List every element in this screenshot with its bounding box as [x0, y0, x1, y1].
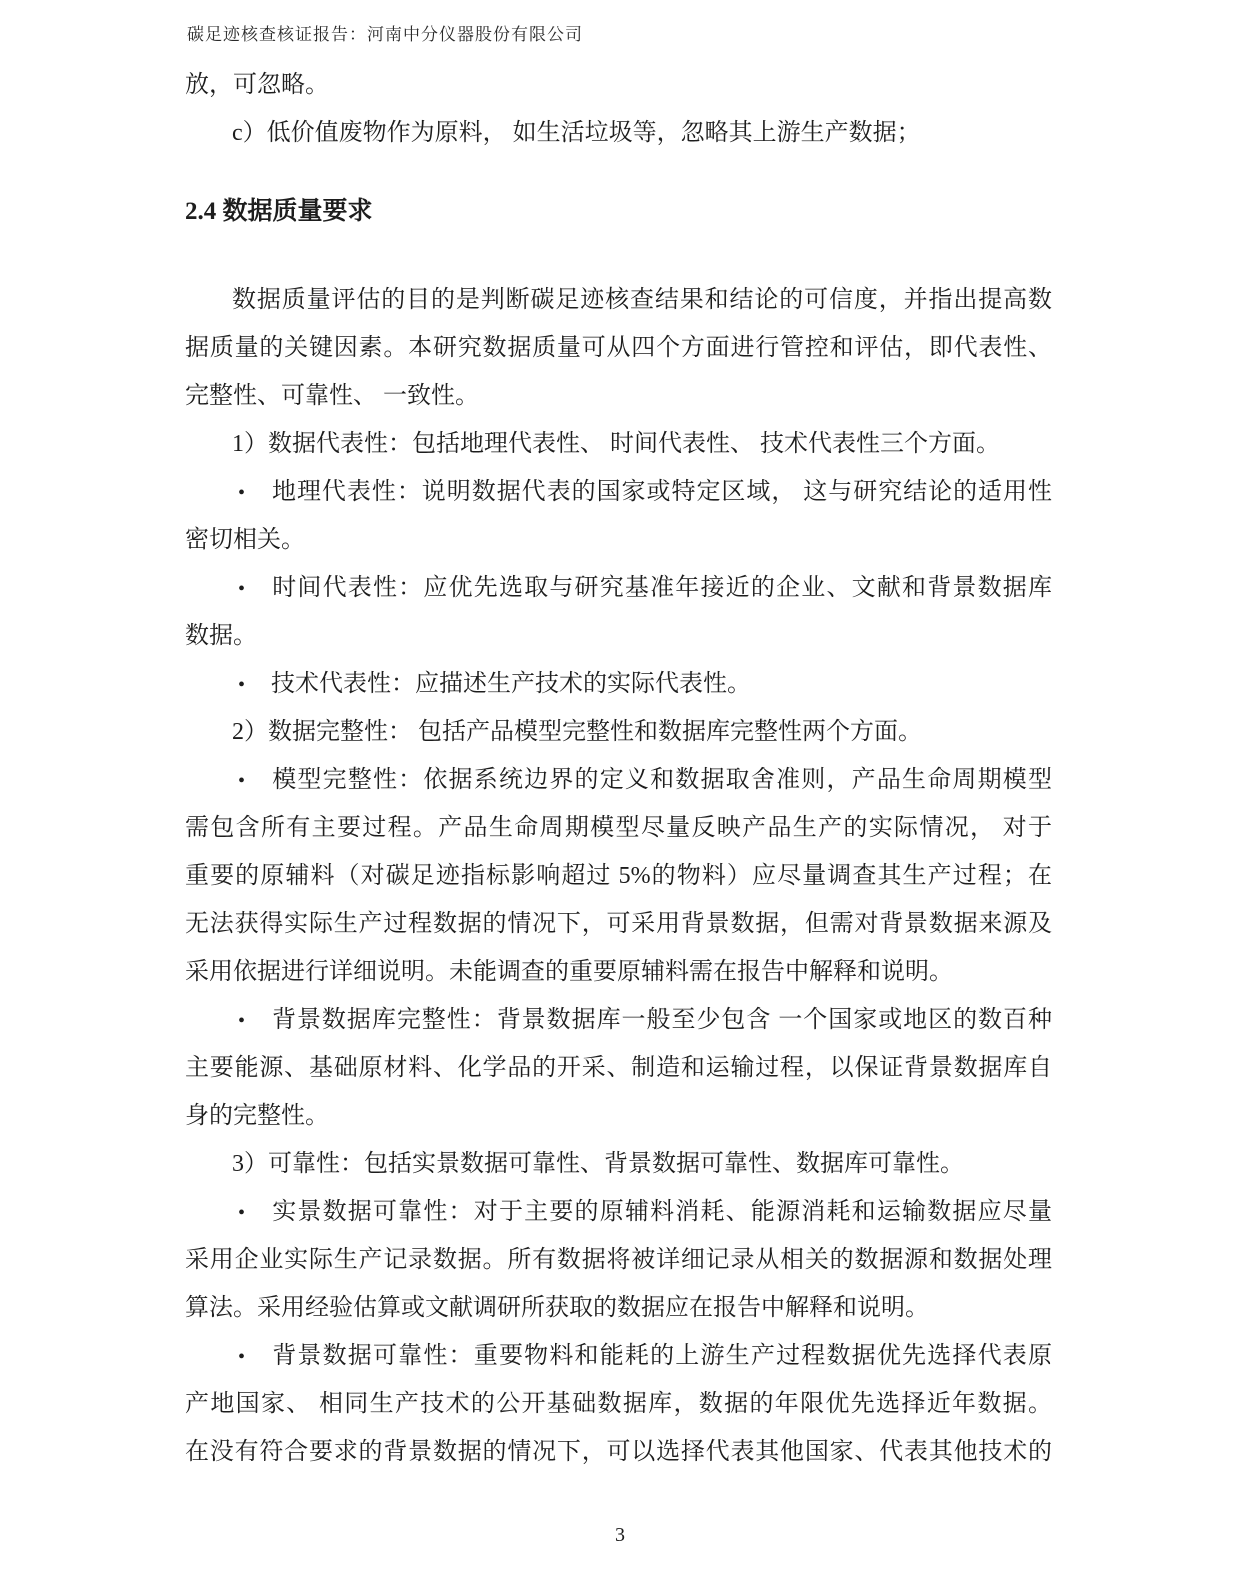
- text-line: 数据质量评估的目的是判断碳足迹核查结果和结论的可信度，并指出提高数: [185, 276, 1052, 324]
- bullet-icon: •: [238, 565, 245, 613]
- bullet-line: •地理代表性：说明数据代表的国家或特定区域， 这与研究结论的适用性: [185, 468, 1052, 516]
- bullet-line: •背景数据可靠性：重要物料和能耗的上游生产过程数据优先选择代表原: [185, 1332, 1052, 1380]
- bullet-text: 技术代表性：应描述生产技术的实际代表性。: [271, 671, 751, 697]
- text-line: 数据。: [185, 612, 1052, 660]
- text-line: c）低价值废物作为原料， 如生活垃圾等，忽略其上游生产数据；: [185, 109, 1052, 157]
- text-line: 2）数据完整性： 包括产品模型完整性和数据库完整性两个方面。: [185, 708, 1052, 756]
- text-line: 采用企业实际生产记录数据。所有数据将被详细记录从相关的数据源和数据处理: [185, 1236, 1052, 1284]
- text-line: 产地国家、 相同生产技术的公开基础数据库，数据的年限优先选择近年数据。: [185, 1380, 1052, 1428]
- bullet-icon: •: [238, 469, 245, 517]
- bullet-line: •实景数据可靠性：对于主要的原辅料消耗、能源消耗和运输数据应尽量: [185, 1188, 1052, 1236]
- text-line: 3）可靠性：包括实景数据可靠性、背景数据可靠性、数据库可靠性。: [185, 1140, 1052, 1188]
- bullet-text: 背景数据库完整性：背景数据库一般至少包含 一个国家或地区的数百种: [271, 1007, 1052, 1033]
- text-line: 在没有符合要求的背景数据的情况下，可以选择代表其他国家、代表其他技术的: [185, 1428, 1052, 1476]
- bullet-text: 实景数据可靠性：对于主要的原辅料消耗、能源消耗和运输数据应尽量: [271, 1199, 1052, 1225]
- text-line: 1）数据代表性：包括地理代表性、 时间代表性、 技术代表性三个方面。: [185, 420, 1052, 468]
- bullet-icon: •: [238, 757, 245, 805]
- bullet-text: 背景数据可靠性：重要物料和能耗的上游生产过程数据优先选择代表原: [271, 1343, 1052, 1369]
- bullet-line: •时间代表性：应优先选取与研究基准年接近的企业、文献和背景数据库: [185, 564, 1052, 612]
- text-line: 重要的原辅料（对碳足迹指标影响超过 5%的物料）应尽量调查其生产过程；在: [185, 852, 1052, 900]
- document-body: 放，可忽略。 c）低价值废物作为原料， 如生活垃圾等，忽略其上游生产数据； 2.…: [185, 61, 1052, 1476]
- section-heading: 2.4 数据质量要求: [185, 188, 1052, 236]
- text-line: 据质量的关键因素。本研究数据质量可从四个方面进行管控和评估，即代表性、: [185, 324, 1052, 372]
- page-number: 3: [0, 1524, 1240, 1547]
- bullet-icon: •: [238, 1333, 245, 1381]
- text-line: 算法。采用经验估算或文献调研所获取的数据应在报告中解释和说明。: [185, 1284, 1052, 1332]
- bullet-icon: •: [238, 661, 245, 709]
- text-line: 无法获得实际生产过程数据的情况下，可采用背景数据，但需对背景数据来源及: [185, 900, 1052, 948]
- text-line: 密切相关。: [185, 516, 1052, 564]
- bullet-icon: •: [238, 997, 245, 1045]
- document-page: 碳足迹核查核证报告：河南中分仪器股份有限公司 放，可忽略。 c）低价值废物作为原…: [0, 0, 1240, 1578]
- report-header: 碳足迹核查核证报告：河南中分仪器股份有限公司: [187, 20, 583, 45]
- text-line: 采用依据进行详细说明。未能调查的重要原辅料需在报告中解释和说明。: [185, 948, 1052, 996]
- bullet-line: •模型完整性：依据系统边界的定义和数据取舍准则，产品生命周期模型: [185, 756, 1052, 804]
- bullet-text: 时间代表性：应优先选取与研究基准年接近的企业、文献和背景数据库: [271, 575, 1052, 601]
- bullet-line: •技术代表性：应描述生产技术的实际代表性。: [185, 660, 1052, 708]
- text-line: 主要能源、基础原材料、化学品的开采、制造和运输过程，以保证背景数据库自: [185, 1044, 1052, 1092]
- text-line: 需包含所有主要过程。产品生命周期模型尽量反映产品生产的实际情况， 对于: [185, 804, 1052, 852]
- text-line: 身的完整性。: [185, 1092, 1052, 1140]
- bullet-text: 地理代表性：说明数据代表的国家或特定区域， 这与研究结论的适用性: [271, 479, 1052, 505]
- text-line: 放，可忽略。: [185, 61, 1052, 109]
- bullet-icon: •: [238, 1189, 245, 1237]
- bullet-text: 模型完整性：依据系统边界的定义和数据取舍准则，产品生命周期模型: [271, 767, 1052, 793]
- bullet-line: •背景数据库完整性：背景数据库一般至少包含 一个国家或地区的数百种: [185, 996, 1052, 1044]
- text-line: 完整性、可靠性、 一致性。: [185, 372, 1052, 420]
